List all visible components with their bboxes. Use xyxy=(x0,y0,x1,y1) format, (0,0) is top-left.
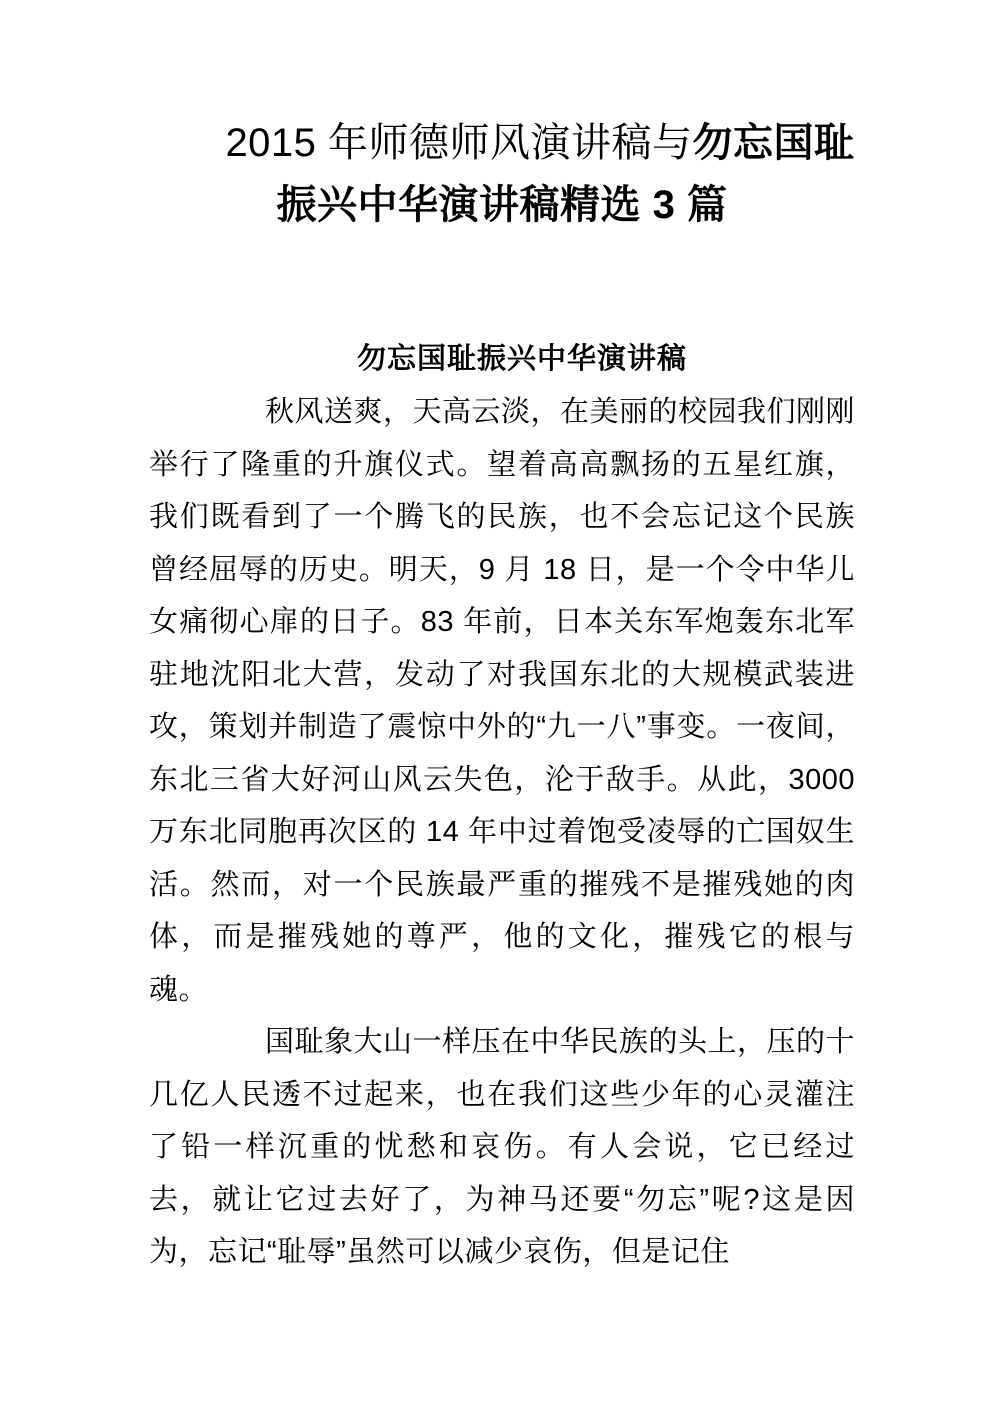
body-paragraph-2: 国耻象大山一样压在中华民族的头上，压的十几亿人民透不过起来，也在我们这些少年的心… xyxy=(149,1016,855,1279)
document-title: 2015 年师德师风演讲稿与勿忘国耻振兴中华演讲稿精选 3 篇 xyxy=(149,112,855,236)
document-title-prefix: 2015 年师德师风演讲稿与 xyxy=(225,121,692,165)
document-content: 2015 年师德师风演讲稿与勿忘国耻振兴中华演讲稿精选 3 篇 勿忘国耻振兴中华… xyxy=(149,0,855,1279)
body-paragraph-1: 秋风送爽，天高云淡，在美丽的校园我们刚刚举行了隆重的升旗仪式。望着高高飘扬的五星… xyxy=(149,386,855,1016)
document-page: 2015 年师德师风演讲稿与勿忘国耻振兴中华演讲稿精选 3 篇 勿忘国耻振兴中华… xyxy=(0,0,993,1404)
section-heading: 勿忘国耻振兴中华演讲稿 xyxy=(149,333,855,386)
